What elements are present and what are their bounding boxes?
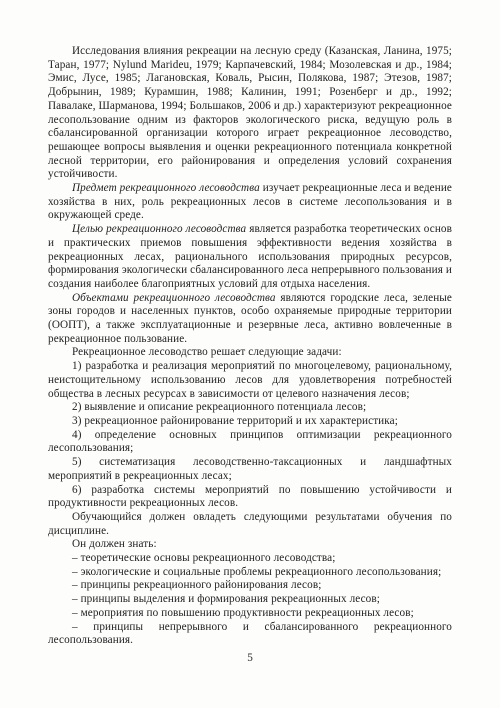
paragraph: 6) разработка системы мероприятий по пов… bbox=[48, 484, 452, 511]
paragraph-text-segment: Предмет рекреационного лесоводства bbox=[72, 182, 260, 194]
paragraph: – принципы непрерывного и сбалансированн… bbox=[48, 621, 452, 648]
paragraph-text-segment: Рекреационное лесоводство решает следующ… bbox=[72, 346, 342, 358]
paragraph: Предмет рекреационного лесоводства изуча… bbox=[48, 182, 452, 223]
paragraph-text-segment: Он должен знать: bbox=[72, 538, 157, 550]
paragraph-text-segment: – теоретические основы рекреационного ле… bbox=[72, 552, 335, 564]
paragraph-text-segment: – принципы выделения и формирования рекр… bbox=[72, 593, 380, 605]
paragraph: – мероприятия по повышению продуктивност… bbox=[48, 607, 452, 621]
paragraph-text-segment: – мероприятия по повышению продуктивност… bbox=[72, 607, 414, 619]
paragraph: Он должен знать: bbox=[48, 538, 452, 552]
paragraph-text-segment: – принципы непрерывного и сбалансированн… bbox=[48, 621, 452, 647]
paragraph-text-segment: Объектами рекреационного лесоводства bbox=[72, 292, 276, 304]
paragraph-text-segment: 2) выявление и описание рекреационного п… bbox=[72, 401, 366, 413]
document-page: Исследования влияния рекреации на лесную… bbox=[0, 0, 500, 708]
paragraph: – принципы выделения и формирования рекр… bbox=[48, 593, 452, 607]
paragraph-text-segment: 1) разработка и реализация мероприятий п… bbox=[48, 360, 452, 399]
paragraph-text-segment: Исследования влияния рекреации на лесную… bbox=[48, 45, 452, 180]
paragraph: – теоретические основы рекреационного ле… bbox=[48, 552, 452, 566]
paragraph-text-segment: 6) разработка системы мероприятий по пов… bbox=[48, 484, 452, 510]
paragraph: Обучающийся должен овладеть следующими р… bbox=[48, 511, 452, 538]
paragraph-text-segment: Целью рекреационного лесоводства bbox=[72, 223, 246, 235]
paragraph: 4) определение основных принципов оптими… bbox=[48, 429, 452, 456]
paragraph: 3) рекреационное районирование территори… bbox=[48, 415, 452, 429]
paragraph: 2) выявление и описание рекреационного п… bbox=[48, 401, 452, 415]
paragraph: Целью рекреационного лесоводства являетс… bbox=[48, 223, 452, 292]
paragraph-text-segment: 3) рекреационное районирование территори… bbox=[72, 415, 398, 427]
paragraph-text-segment: 4) определение основных принципов оптими… bbox=[48, 429, 452, 455]
page-number: 5 bbox=[0, 652, 500, 664]
paragraph: – принципы рекреационного районирования … bbox=[48, 579, 452, 593]
paragraph-text-segment: – экологические и социальные проблемы ре… bbox=[72, 566, 441, 578]
paragraph: Объектами рекреационного лесоводства явл… bbox=[48, 292, 452, 347]
paragraph-text-segment: – принципы рекреационного районирования … bbox=[72, 579, 321, 591]
paragraph-text-segment: 5) систематизация лесоводственно-таксаци… bbox=[48, 456, 452, 482]
paragraph: Рекреационное лесоводство решает следующ… bbox=[48, 346, 452, 360]
paragraph-text-segment: Обучающийся должен овладеть следующими р… bbox=[48, 511, 452, 537]
paragraph: 5) систематизация лесоводственно-таксаци… bbox=[48, 456, 452, 483]
body-text: Исследования влияния рекреации на лесную… bbox=[48, 45, 452, 648]
paragraph: 1) разработка и реализация мероприятий п… bbox=[48, 360, 452, 401]
paragraph: – экологические и социальные проблемы ре… bbox=[48, 566, 452, 580]
paragraph: Исследования влияния рекреации на лесную… bbox=[48, 45, 452, 182]
